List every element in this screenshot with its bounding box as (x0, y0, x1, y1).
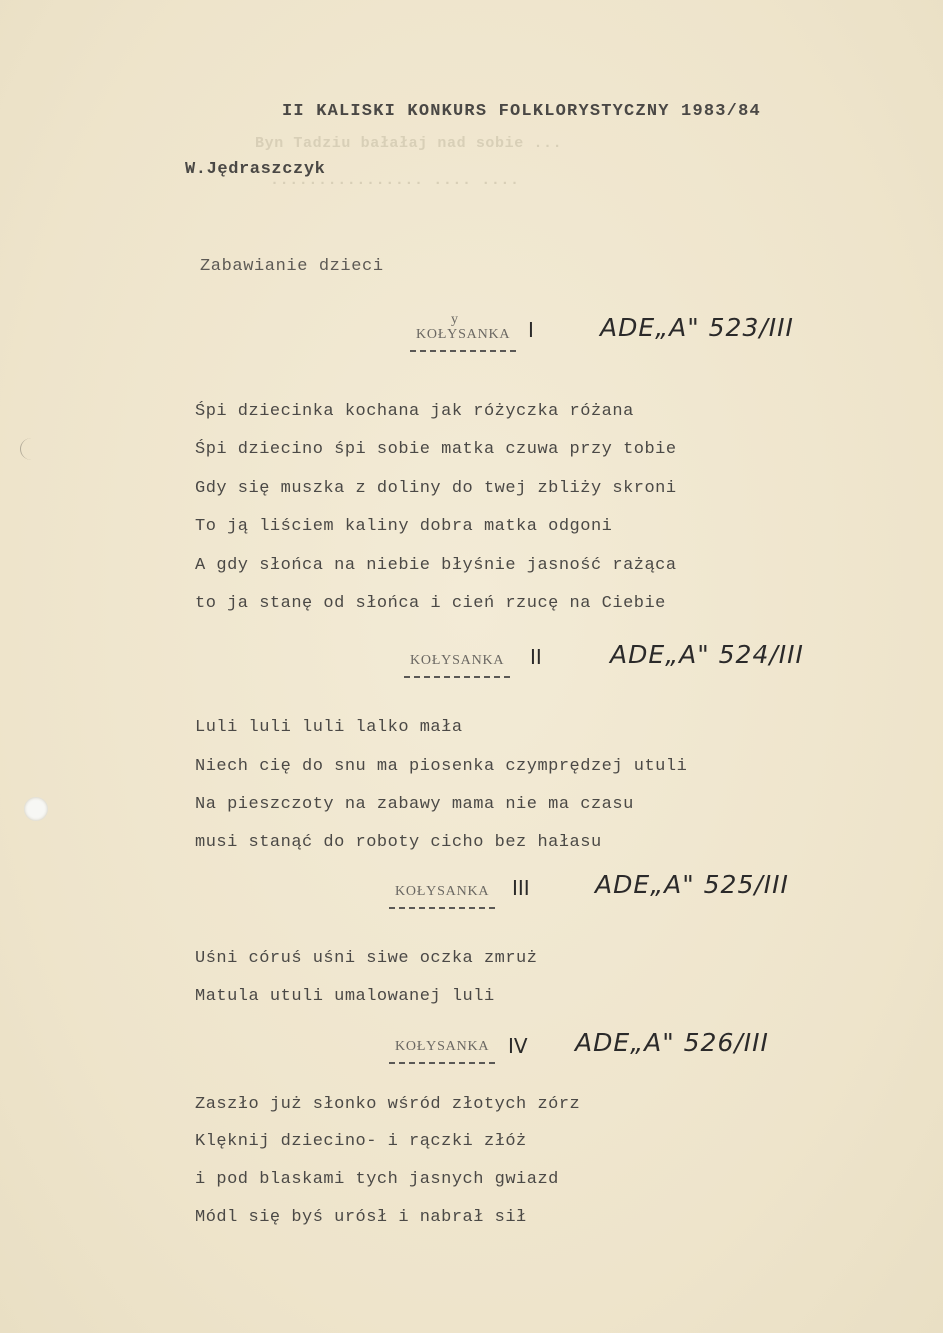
song-title-text: KOŁYSANKA (410, 653, 504, 668)
document-header: II KALISKI KONKURS FOLKLORYSTYCZNY 1983/… (282, 102, 761, 121)
section-subtitle: Zabawianie dzieci (200, 257, 384, 276)
verse-line: Klęknij dziecino- i rączki złóż (195, 1132, 527, 1151)
verse-line: Na pieszczoty na zabawy mama nie ma czas… (195, 795, 634, 814)
archive-reference: ADE„A" 523/III (600, 313, 794, 342)
verse-line: Zaszło już słonko wśród złotych zórz (195, 1095, 580, 1114)
verse-line: Luli luli luli lalko mała (195, 718, 463, 737)
archive-reference: ADE„A" 526/III (575, 1028, 769, 1057)
song-title: KOŁYSANKA (410, 653, 504, 669)
verse-line: Uśni córuś uśni siwe oczka zmruż (195, 949, 537, 968)
verse-line: Śpi dziecinka kochana jak różyczka różan… (195, 402, 634, 421)
verse-line: A gdy słońca na niebie błyśnie jasność r… (195, 556, 677, 575)
song-title: y KOŁYSANKA (416, 327, 510, 343)
punch-hole-ghost (20, 438, 43, 460)
archive-reference: ADE„A" 524/III (610, 640, 804, 669)
song-numeral: I (528, 318, 534, 342)
bleed-through-text: Byn Tadziu bałałaj nad sobie ... (255, 135, 562, 152)
verse-line: To ją liściem kaliny dobra matka odgoni (195, 517, 612, 536)
song-title-text: KOŁYSANKA (416, 327, 510, 342)
verse-line: Módl się byś urósł i nabrał sił (195, 1208, 527, 1227)
song-numeral: IV (508, 1034, 528, 1058)
title-underline (389, 907, 495, 909)
verse-line: Gdy się muszka z doliny do twej zbliży s… (195, 479, 677, 498)
verse-line: i pod blaskami tych jasnych gwiazd (195, 1170, 559, 1189)
punch-hole (24, 797, 48, 821)
verse-line: musi stanąć do roboty cicho bez hałasu (195, 833, 602, 852)
song-numeral: III (512, 876, 530, 900)
author-name: W.Jędraszczyk (185, 160, 325, 179)
archive-reference: ADE„A" 525/III (595, 870, 789, 899)
verse-line: Śpi dziecino śpi sobie matka czuwa przy … (195, 440, 677, 459)
song-title-text: KOŁYSANKA (395, 1039, 489, 1054)
verse-line: Matula utuli umalowanej luli (195, 987, 495, 1006)
verse-line: to ja stanę od słońca i cień rzucę na Ci… (195, 594, 666, 613)
title-underline (404, 676, 510, 678)
title-underline (410, 350, 516, 352)
document-page: Byn Tadziu bałałaj nad sobie ... .......… (0, 0, 943, 1333)
title-correction: y (451, 312, 459, 328)
song-title: KOŁYSANKA (395, 884, 489, 900)
verse-line: Niech cię do snu ma piosenka czymprędzej… (195, 757, 687, 776)
title-underline (389, 1062, 495, 1064)
song-title-text: KOŁYSANKA (395, 884, 489, 899)
song-title: KOŁYSANKA (395, 1039, 489, 1055)
song-numeral: II (530, 645, 542, 669)
